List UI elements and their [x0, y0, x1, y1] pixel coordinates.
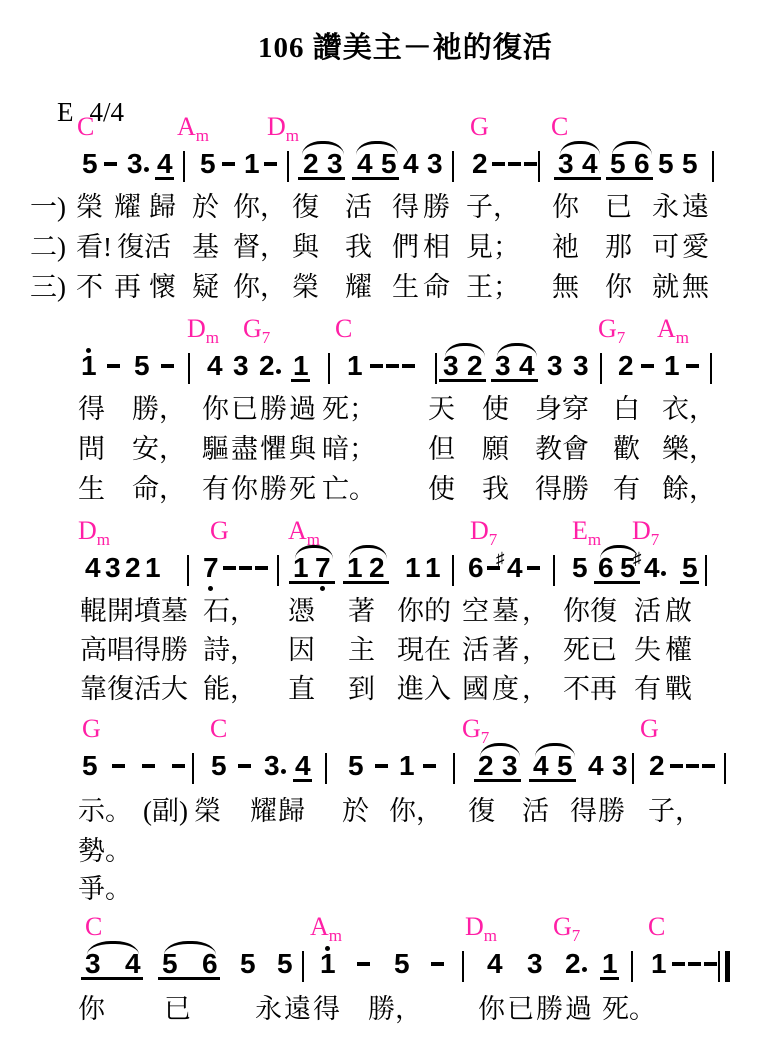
lyric-segment: 亡。: [322, 476, 376, 503]
note-digit: 3: [105, 554, 121, 582]
key-signature: E: [57, 97, 74, 127]
octave-dot-above: [86, 348, 91, 353]
note-digit: 1: [664, 352, 680, 380]
lyric-segment: 榮: [76, 194, 103, 221]
lyric-segment: 子，: [466, 194, 520, 221]
chord-label: C: [335, 316, 352, 342]
chord-label: C: [85, 914, 102, 940]
lyric-segment: 看!: [76, 234, 112, 261]
note-digit: 1: [145, 554, 161, 582]
lyric-segment: 不再: [563, 676, 617, 703]
chord-root: C: [335, 314, 352, 343]
chord-quality: 7: [651, 530, 660, 549]
chord-label: G: [470, 114, 489, 140]
chord-label: Am: [288, 518, 320, 548]
augmentation-dot: [661, 571, 666, 576]
lyric-segment: 餘，: [662, 476, 716, 503]
lyric-segment: 勝，: [132, 396, 186, 423]
note-digit: 2: [259, 352, 275, 380]
lyric-segment: 高唱得勝: [80, 637, 188, 664]
chord-quality: 7: [262, 328, 271, 347]
lyric-segment: 你的: [397, 598, 451, 625]
note-digit: 3: [558, 150, 574, 178]
lyric-segment: 靠復活大: [80, 676, 188, 703]
chord-label: Am: [310, 914, 342, 944]
lyric-segment: 你，: [233, 194, 287, 221]
chord-label: Dm: [267, 114, 299, 144]
chord-label: Dm: [78, 518, 110, 548]
dash-line: [172, 764, 185, 768]
lyric-segment: 有你勝死: [202, 476, 318, 503]
chord-label: D7: [632, 518, 659, 548]
note-digit: 2: [303, 150, 319, 178]
chord-label: G7: [243, 316, 270, 346]
lyric-segment: 因: [288, 637, 315, 664]
bar-line: [302, 951, 304, 982]
lyric-segment: 已: [605, 194, 632, 221]
note-digit: 3: [527, 950, 543, 978]
bar-line: [632, 753, 634, 784]
chord-root: A: [310, 912, 329, 941]
lyric-segment: 樂，: [662, 436, 716, 463]
dash-line: [402, 364, 415, 368]
lyric-segment: 驅盡懼與: [202, 436, 318, 463]
lyric-segment: 現在: [397, 637, 451, 664]
note-digit: 3: [547, 352, 563, 380]
final-bar-thin: [718, 951, 720, 982]
bar-line: [192, 753, 194, 784]
lyric-segment: 你復: [563, 598, 617, 625]
lyric-segment: 耀歸: [250, 798, 306, 825]
lyric-segment: 你: [78, 996, 105, 1023]
lyric-segment: 見；: [466, 234, 520, 261]
bar-line: [462, 951, 464, 982]
chord-quality: 7: [489, 530, 498, 549]
eighth-underline: [155, 177, 174, 180]
note-digit: 4: [85, 554, 101, 582]
octave-dot-below: [320, 586, 325, 591]
note-digit: 5: [572, 554, 588, 582]
lyric-segment: 死；: [322, 396, 376, 423]
note-digit: 3: [502, 752, 518, 780]
lyric-segment: 使: [482, 396, 509, 423]
note-digit: 4: [125, 950, 141, 978]
note-digit: 7: [315, 554, 331, 582]
note-digit: 3: [443, 352, 459, 380]
bar-line: [287, 151, 289, 182]
lyric-segment: 主: [348, 637, 375, 664]
lyric-segment: 那: [605, 234, 632, 261]
note-digit: 1: [293, 554, 309, 582]
lyric-segment: 問: [78, 436, 105, 463]
chord-root: G: [462, 714, 481, 743]
lyric-segment: 進入: [397, 676, 451, 703]
chord-root: A: [657, 314, 676, 343]
dash-line: [161, 364, 174, 368]
chord-root: D: [632, 516, 651, 545]
lyric-segment: 二): [30, 234, 66, 261]
lyric-segment: 願: [482, 436, 509, 463]
chord-label: Dm: [187, 316, 219, 346]
note-digit: 4: [295, 752, 311, 780]
bar-line: [452, 555, 454, 586]
note-digit: 5: [381, 150, 397, 178]
note-digit: 5: [394, 950, 410, 978]
chord-root: A: [177, 112, 196, 141]
chord-label: Am: [657, 316, 689, 346]
chord-label: C: [210, 716, 227, 742]
lyric-segment: 生: [78, 476, 105, 503]
dash-line: [686, 364, 699, 368]
sharp-accidental: ♯: [496, 550, 505, 567]
note-digit: 1: [405, 554, 421, 582]
chord-root: G: [82, 714, 101, 743]
augmentation-dot: [144, 167, 149, 172]
note-digit: 5: [658, 150, 674, 178]
note-digit: 4: [588, 752, 604, 780]
note-digit: 1: [81, 352, 97, 380]
lyric-segment: 耀: [345, 274, 372, 301]
lyric-segment: 活著，: [462, 637, 552, 664]
note-digit: 7: [203, 554, 219, 582]
lyric-segment: 復: [468, 798, 495, 825]
lyric-segment: 示。: [78, 798, 132, 825]
chord-root: G: [598, 314, 617, 343]
chord-label: G: [640, 716, 659, 742]
time-signature: 4/4: [90, 97, 125, 127]
chord-label: C: [648, 914, 665, 940]
chord-quality: m: [286, 126, 299, 145]
lyric-segment: 衣，: [662, 396, 716, 423]
lyric-segment: 我: [482, 476, 509, 503]
note-digit: 3: [427, 150, 443, 178]
bar-line: [705, 555, 707, 586]
eighth-underline: [293, 779, 312, 782]
octave-dot-below: [208, 586, 213, 591]
lyric-segment: 輥開墳墓: [80, 598, 188, 625]
lyric-segment: 活啟: [634, 598, 696, 625]
lyric-segment: 王；: [466, 274, 520, 301]
bar-line: [453, 753, 455, 784]
note-digit: 1: [425, 554, 441, 582]
chord-quality: m: [206, 328, 219, 347]
note-digit: 3: [264, 752, 280, 780]
lyric-segment: 你: [552, 194, 579, 221]
dash-line: [431, 962, 444, 966]
chord-label: G7: [462, 716, 489, 746]
dash-line: [492, 162, 505, 166]
bar-line: [724, 753, 726, 784]
lyric-segment: 榮: [194, 798, 221, 825]
dash-line: [239, 566, 252, 570]
note-digit: 4: [157, 150, 173, 178]
lyric-segment: 歡: [613, 436, 640, 463]
lyric-segment: 命，: [132, 476, 186, 503]
dash-line: [104, 162, 117, 166]
lyric-segment: 著: [348, 598, 375, 625]
lyric-segment: 於: [342, 798, 369, 825]
hymn-title: 106 讚美主－祂的復活: [258, 34, 553, 63]
lyric-segment: 已: [164, 996, 191, 1023]
chord-label: G: [210, 518, 229, 544]
bar-line: [325, 753, 327, 784]
note-digit: 5: [82, 752, 98, 780]
eighth-underline: [680, 581, 699, 584]
lyric-segment: 活: [345, 194, 372, 221]
dash-line: [238, 764, 251, 768]
lyric-segment: 爭。: [78, 876, 132, 903]
lyric-segment: 國度，: [462, 676, 552, 703]
chord-root: G: [640, 714, 659, 743]
lyric-segment: 我: [345, 234, 372, 261]
chord-quality: m: [196, 126, 209, 145]
lyric-segment: 有戰: [634, 676, 696, 703]
lyric-segment: 得勝: [570, 798, 626, 825]
dash-line: [370, 364, 383, 368]
lyric-segment: 基: [192, 234, 219, 261]
lyric-segment: 復活: [117, 234, 171, 261]
note-digit: 1: [602, 950, 618, 978]
eighth-underline: [291, 379, 310, 382]
lyric-segment: 石，: [203, 598, 257, 625]
chord-label: G: [82, 716, 101, 742]
bar-line: [183, 151, 185, 182]
note-digit: 3: [127, 150, 143, 178]
dash-line: [641, 364, 654, 368]
lyric-segment: 死已: [563, 637, 617, 664]
bar-line: [277, 555, 279, 586]
dash-line: [524, 162, 537, 166]
lyric-segment: 得勝: [392, 194, 454, 221]
note-digit: 1: [651, 950, 667, 978]
lyric-segment: 永遠: [652, 194, 712, 221]
lyric-segment: 勢。: [78, 838, 132, 865]
dash-line: [255, 566, 268, 570]
bar-line: [452, 151, 454, 182]
lyric-segment: 們相: [392, 234, 454, 261]
lyric-segment: 你: [605, 274, 632, 301]
lyric-segment: 可愛: [652, 234, 712, 261]
dash-line: [386, 364, 399, 368]
lyric-segment: 復: [292, 194, 319, 221]
note-digit: 3: [612, 752, 628, 780]
note-digit: 2: [472, 150, 488, 178]
chord-quality: m: [329, 926, 342, 945]
lyric-segment: 榮: [292, 274, 319, 301]
lyric-segment: 安，: [132, 436, 186, 463]
lyric-segment: 到: [348, 676, 375, 703]
chord-root: C: [551, 112, 568, 141]
lyric-segment: 祂: [552, 234, 579, 261]
note-digit: 5: [557, 752, 573, 780]
note-digit: 5: [277, 950, 293, 978]
octave-dot-above: [325, 946, 330, 951]
note-digit: 5: [134, 352, 150, 380]
lyric-segment: 有: [613, 476, 640, 503]
lyric-segment: 能，: [203, 676, 257, 703]
lyric-segment: 得: [78, 396, 105, 423]
bar-line: [538, 151, 540, 182]
chord-label: Am: [177, 114, 209, 144]
note-digit: 5: [211, 752, 227, 780]
lyric-segment: 身穿: [535, 396, 589, 423]
chord-root: D: [465, 912, 484, 941]
lyric-segment: 耀歸: [114, 194, 184, 221]
lyric-segment: 與: [292, 234, 319, 261]
note-digit: 4: [644, 554, 660, 582]
chord-root: G: [470, 112, 489, 141]
note-digit: 2: [369, 554, 385, 582]
chord-root: C: [85, 912, 102, 941]
chord-label: C: [77, 114, 94, 140]
lyric-segment: 天: [428, 396, 455, 423]
bar-line: [435, 353, 437, 384]
note-digit: 4: [507, 554, 523, 582]
note-digit: 6: [598, 554, 614, 582]
final-bar-thick: [725, 951, 730, 982]
chord-root: C: [648, 912, 665, 941]
note-digit: 2: [478, 752, 494, 780]
chord-label: G7: [598, 316, 625, 346]
note-digit: 3: [233, 352, 249, 380]
note-digit: 1: [399, 752, 415, 780]
chord-quality: m: [484, 926, 497, 945]
dash-line: [223, 566, 236, 570]
augmentation-dot: [276, 369, 281, 374]
dash-line: [222, 162, 235, 166]
dash-line: [688, 962, 701, 966]
lyric-segment: 憑: [288, 598, 315, 625]
chord-root: E: [572, 516, 588, 545]
lyric-segment: 詩，: [203, 637, 257, 664]
note-digit: 6: [634, 150, 650, 178]
lyric-segment: 生命: [392, 274, 454, 301]
lyric-segment: 勝，: [368, 996, 422, 1023]
lyric-segment: 疑: [192, 274, 219, 301]
bar-line: [712, 151, 714, 182]
chord-root: C: [210, 714, 227, 743]
lyric-segment: 使: [428, 476, 455, 503]
lyric-segment: 活: [522, 798, 549, 825]
chord-label: C: [551, 114, 568, 140]
lyric-segment: 失權: [634, 637, 696, 664]
hymn-sheet: 106 讚美主－祂的復活 E4/4 CAmDmGC534512345432345…: [0, 0, 769, 1060]
note-digit: 5: [240, 950, 256, 978]
note-digit: 4: [533, 752, 549, 780]
lyric-segment: 你，: [233, 274, 287, 301]
note-digit: 5: [82, 150, 98, 178]
lyric-segment: 子，: [648, 798, 702, 825]
chord-label: D7: [470, 518, 497, 548]
note-digit: 3: [573, 352, 589, 380]
chord-root: C: [77, 112, 94, 141]
note-digit: 1: [293, 352, 309, 380]
chord-quality: 7: [617, 328, 626, 347]
note-digit: 4: [582, 150, 598, 178]
note-digit: 5: [610, 150, 626, 178]
dash-line: [107, 364, 120, 368]
note-digit: 2: [467, 352, 483, 380]
sharp-accidental: ♯: [633, 550, 642, 567]
note-digit: 1: [347, 554, 363, 582]
note-digit: 6: [468, 554, 484, 582]
lyric-segment: (副): [143, 798, 188, 825]
dash-line: [527, 566, 540, 570]
note-digit: 6: [202, 950, 218, 978]
chord-root: D: [187, 314, 206, 343]
chord-root: A: [288, 516, 307, 545]
dash-line: [704, 962, 717, 966]
lyric-segment: 你已勝過: [478, 996, 594, 1023]
dash-line: [142, 764, 155, 768]
chord-root: G: [553, 912, 572, 941]
dash-line: [672, 962, 685, 966]
chord-quality: m: [676, 328, 689, 347]
dash-line: [112, 764, 125, 768]
lyric-segment: 死。: [602, 996, 656, 1023]
chord-root: G: [210, 516, 229, 545]
lyric-segment: 你，: [389, 798, 443, 825]
chord-root: G: [243, 314, 262, 343]
note-digit: 1: [347, 352, 363, 380]
dash-line: [686, 764, 699, 768]
dash-line: [670, 764, 683, 768]
chord-root: D: [78, 516, 97, 545]
lyric-segment: 空墓，: [462, 598, 552, 625]
lyric-segment: 直: [288, 676, 315, 703]
note-digit: 4: [207, 352, 223, 380]
lyric-segment: 不: [76, 274, 103, 301]
note-digit: 4: [487, 950, 503, 978]
chord-quality: m: [97, 530, 110, 549]
chord-label: G7: [553, 914, 580, 944]
note-digit: 5: [682, 150, 698, 178]
dash-line: [423, 764, 436, 768]
note-digit: 1: [244, 150, 260, 178]
lyric-segment: 你已勝過: [202, 396, 318, 423]
chord-root: D: [470, 516, 489, 545]
bar-line: [188, 353, 190, 384]
note-digit: 5: [162, 950, 178, 978]
augmentation-dot: [582, 967, 587, 972]
chord-label: Em: [572, 518, 601, 548]
note-digit: 5: [682, 554, 698, 582]
dash-line: [508, 162, 521, 166]
lyric-segment: 無: [552, 274, 579, 301]
note-digit: 1: [320, 950, 336, 978]
lyric-segment: 三): [30, 274, 66, 301]
lyric-segment: 再懷: [114, 274, 184, 301]
lyric-segment: 但: [428, 436, 455, 463]
note-digit: 4: [519, 352, 535, 380]
note-digit: 4: [403, 150, 419, 178]
note-digit: 2: [125, 554, 141, 582]
chord-label: Dm: [465, 914, 497, 944]
chord-quality: 7: [572, 926, 581, 945]
bar-line: [631, 951, 633, 982]
chord-quality: m: [588, 530, 601, 549]
bar-line: [600, 353, 602, 384]
note-digit: 5: [200, 150, 216, 178]
lyric-segment: 永遠得: [255, 996, 342, 1023]
lyric-segment: 一): [30, 194, 66, 221]
lyric-segment: 教會: [535, 436, 589, 463]
lyric-segment: 暗；: [322, 436, 376, 463]
chord-root: D: [267, 112, 286, 141]
note-digit: 3: [495, 352, 511, 380]
bar-line: [187, 555, 189, 586]
bar-line: [328, 353, 330, 384]
